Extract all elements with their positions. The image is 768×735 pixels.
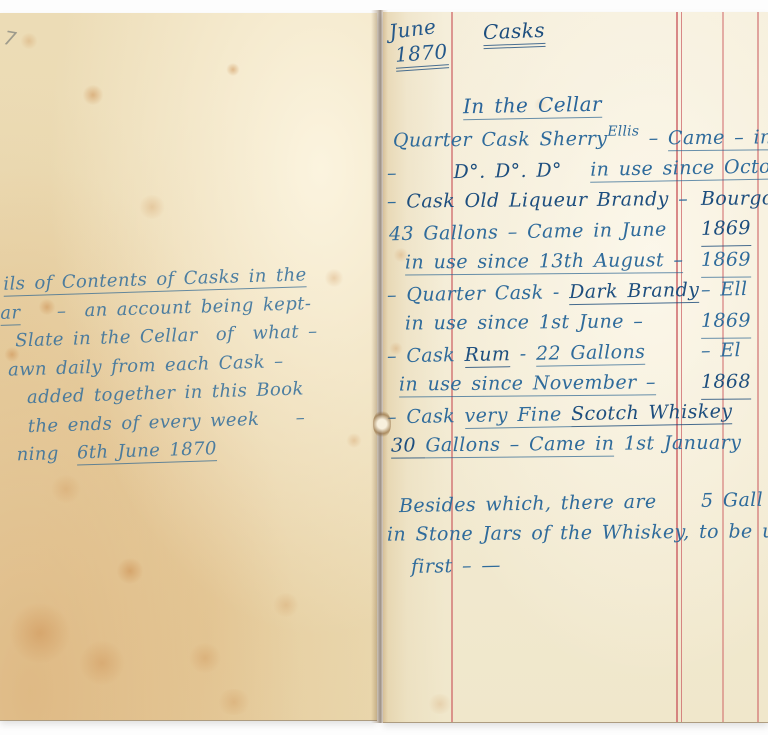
entry-line: 30 Gallons – Came in 1st January [387,427,767,461]
text-segment: – El [701,335,742,366]
text-segment: the ends of every week – [28,407,306,437]
entry-line: – Cask very Fine Scotch Whiskey [387,395,767,432]
text-segment: 6th June 1870 [77,438,217,465]
text-segment: Scotch Whiskey [571,400,733,427]
entry-line: first – — [387,545,767,582]
text-segment: Dark Brandy [569,278,700,304]
page-title: Casks [483,18,546,44]
text-segment: Slate in the Cellar of what – [15,321,318,351]
left-page-text: ils of Contents of Casks in the ar – an … [0,259,377,470]
text-segment: Rum [464,343,510,368]
text-segment [562,158,591,180]
text-segment: – [639,127,668,149]
entry-line: in Stone Jars of the Whiskey, to be u [387,516,767,550]
text-segment: added together in this Book [27,378,304,408]
text-segment: 1869 [701,244,751,277]
date-year: 1870 [394,39,448,67]
left-page: 7 ils of Contents of Casks in the ar – a… [0,13,377,720]
entry-line: Besides which, there are5 Gall [387,484,767,521]
right-page-text: Quarter Cask SherryEllis – Came – in Jun… [387,124,767,579]
section-heading-text: In the Cellar [463,92,602,120]
text-segment: 1869 [701,212,752,245]
text-segment: first – — [411,554,501,578]
entry-line: – D°. D°. D° in use since Octobr [387,151,767,188]
entry-line: in use since November –1868 [387,366,767,400]
foxing-stain [272,593,300,617]
text-segment: very Fine [464,403,571,429]
foxing-stain [20,33,38,49]
foxing-stain [427,694,453,714]
foxing-stain [78,641,126,685]
entry-line: in use since 13th August –1869 [387,244,767,278]
text-segment: 30 [391,434,426,458]
entry-line: – Quarter Cask - Dark Brandy– Ell [387,273,767,310]
binding-hole [373,410,391,438]
text-segment: Gallons – Came in [425,433,614,459]
foxing-stain [82,85,104,105]
photo-background: 7 ils of Contents of Casks in the ar – a… [0,0,768,735]
text-segment: Cask Old Liqueur Brandy [406,188,669,212]
foxing-stain [50,475,82,503]
text-segment: – [387,161,454,184]
text-segment: in use since Octobr [590,155,768,183]
text-segment: 22 Gallons [536,340,646,366]
text-segment: awn daily from each Cask – [8,351,284,381]
section-heading: In the Cellar [463,92,602,118]
text-segment: in use since 13th August – [405,249,684,275]
text-segment: in use since November – [399,371,656,397]
text-segment: – an account being kept- [20,293,312,323]
entry-line: 43 Gallons – Came in June1869 [387,212,767,249]
pencil-mark: 7 [2,27,18,51]
right-page: June 1870 Casks In the Cellar Quarter Ca… [383,12,768,722]
text-segment: 5 Gall [701,484,764,516]
text-segment: – Ell [701,274,748,305]
page-title-text: Casks [483,18,546,49]
text-segment: - [510,342,536,364]
text-segment: – Cask [387,343,465,366]
text-segment: D°. D°. D° [453,159,562,183]
text-segment: Quarter Cask Sherry [393,128,608,152]
text-segment: – [669,188,698,210]
entry-line: Quarter Cask SherryEllis – Came – in Jun [387,122,767,156]
entry-line: in use since 1st June –1869 [387,305,767,339]
text-segment: ning [16,443,77,466]
page-gutter [371,10,388,723]
text-segment: Besides which, there are [399,490,657,516]
text-segment: 1869 [701,305,751,338]
foxing-stain [8,603,72,663]
entry-line: – Cask Old Liqueur Brandy – Bourgo [387,183,767,217]
text-segment: Ellis [607,123,639,139]
foxing-stain [116,558,144,584]
text-segment: – Cask [387,404,465,427]
entry-line: – Cask Rum - 22 Gallons– El [387,334,767,371]
text-segment: Came – in Jun [668,126,768,151]
foxing-stain [216,689,252,715]
foxing-stain [226,63,240,76]
text-segment: 1868 [701,366,751,399]
text-segment: in use since 1st June – [405,310,643,334]
text-segment: ar [0,302,21,326]
text-segment: Bourgo [701,183,768,214]
text-segment: – [387,190,407,212]
foxing-stain [138,195,166,219]
date-year-text: 1870 [394,39,448,72]
text-segment: in Stone Jars of the Whiskey, to be u [387,520,768,545]
text-segment: 43 Gallons – Came in June [389,218,667,245]
foxing-stain [188,643,222,673]
text-segment: – Quarter Cask - [387,281,570,306]
text-segment: 1st January [614,432,741,455]
